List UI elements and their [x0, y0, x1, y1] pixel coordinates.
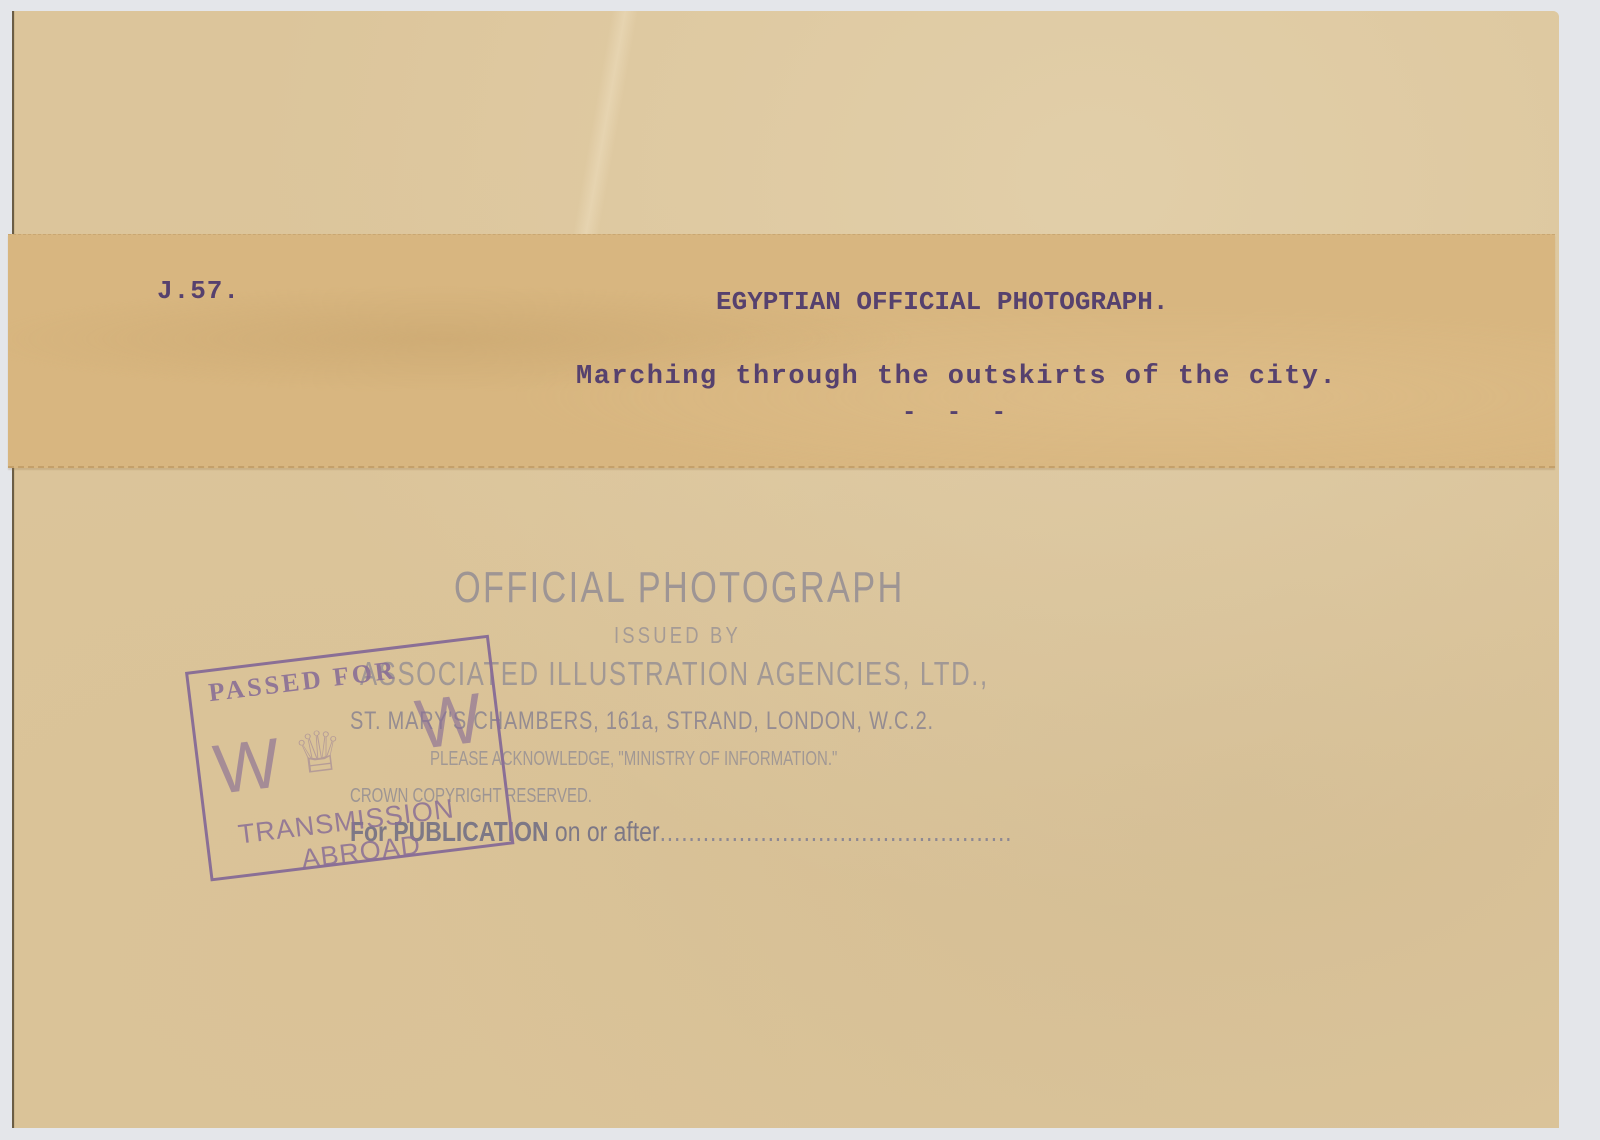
photo-caption: Marching through the outskirts of the ci… [576, 362, 1337, 392]
caption-separator: - - - [902, 400, 1014, 427]
publication-date-blank: ........................................… [660, 816, 1013, 847]
reference-number: J.57. [157, 276, 240, 306]
label-heading: EGYPTIAN OFFICIAL PHOTOGRAPH. [716, 287, 1168, 317]
stamp-title: OFFICIAL PHOTOGRAPH [454, 563, 905, 613]
royal-crest-icon: ♕ [290, 716, 348, 788]
publication-suffix: on or after [555, 816, 660, 847]
censor-left-letter: W [209, 722, 284, 809]
stamp-issued-by: ISSUED BY [614, 622, 741, 649]
label-strip [8, 234, 1555, 468]
censor-right-letter: W [411, 677, 486, 764]
paper-crease [560, 11, 650, 241]
censor-stamp: PASSED FOR W ♕ W TRANSMISSION ABROAD [185, 635, 514, 882]
